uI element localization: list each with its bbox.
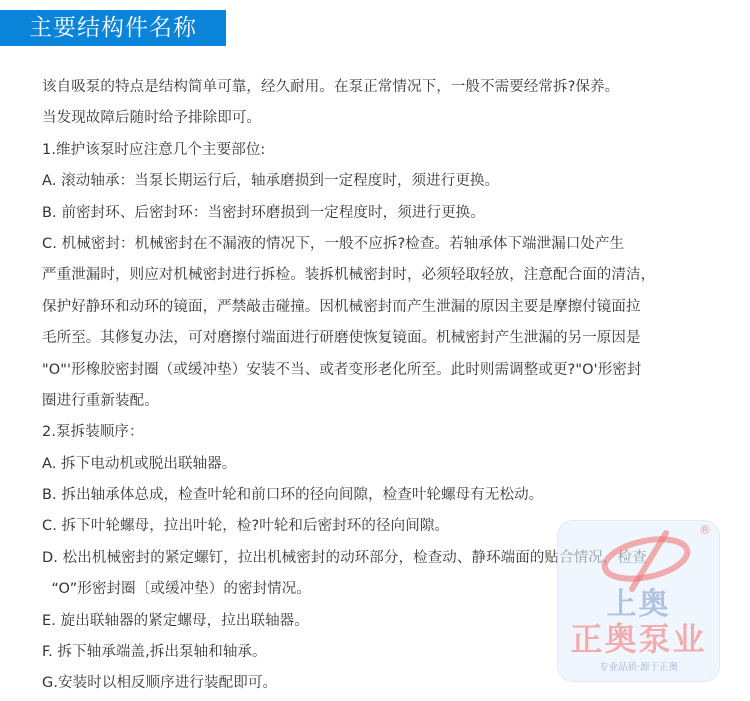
paragraph-line: 保护好静环和动环的镜面，严禁敲击碰撞。因机械密封而产生泄漏的原因主要是摩擦付镜面…	[42, 292, 722, 323]
list-item-step-g: G.安装时以相反顺序进行装配即可。	[42, 668, 722, 699]
paragraph-line: "O"'形橡胶密封圈（或缓冲垫）安装不当、或者变形老化所至。此时则需调整或更?"…	[42, 355, 722, 386]
list-item-step-e: E. 旋出联轴器的紧定螺母，拉出联轴器。	[42, 606, 722, 637]
section-heading-disassembly: 2.泵拆装顺序：	[42, 417, 722, 448]
list-item-step-f: F. 拆下轴承端盖,拆出泵轴和轴承。	[42, 637, 722, 668]
section-heading-maintenance: 1.维护该泵时应注意几个主要部位:	[42, 135, 722, 166]
list-item-step-c: C. 拆下叶轮螺母，拉出叶轮，检?叶轮和后密封环的径向间隙。	[42, 511, 722, 542]
paragraph-line: 严重泄漏时，则应对机械密封进行拆检。装拆机械密封时，必须轻取轻放，注意配合面的清…	[42, 260, 722, 291]
paragraph-line: 当发现故障后随时给予排除即可。	[42, 103, 722, 134]
section-title: 主要结构件名称	[29, 10, 197, 46]
paragraph-line: 毛所至。其修复办法，可对磨擦付端面进行研磨使恢复镜面。机械密封产生泄漏的另一原因…	[42, 323, 722, 354]
list-item-step-d: D. 松出机械密封的紧定螺钉，拉出机械密封的动环部分，检查动、静环端面的贴合情况…	[42, 543, 722, 574]
list-item-mechanical-seal: C. 机械密封：机械密封在不漏液的情况下，一般不应拆?检查。若轴承体下端泄漏口处…	[42, 229, 722, 260]
document-body: 该自吸泵的特点是结构简单可靠，经久耐用。在泵正常情况下，一般不需要经常拆?保养。…	[42, 72, 722, 700]
paragraph-line: 该自吸泵的特点是结构简单可靠，经久耐用。在泵正常情况下，一般不需要经常拆?保养。	[42, 72, 722, 103]
paragraph-line: 圈进行重新装配。	[42, 386, 722, 417]
section-header-bar: 主要结构件名称	[0, 10, 226, 46]
list-item-step-a: A. 拆下电动机或脱出联轴器。	[42, 449, 722, 480]
paragraph-line: “O”形密封圈〔或缓冲垫）的密封情况。	[42, 574, 722, 605]
list-item-step-b: B. 拆出轴承体总成，检查叶轮和前口环的径向间隙，检查叶轮螺母有无松动。	[42, 480, 722, 511]
list-item-seal-rings: B. 前密封环、后密封环：当密封环磨损到一定程度时，须进行更换。	[42, 198, 722, 229]
list-item-rolling-bearing: A. 滚动轴承：当泵长期运行后，轴承磨损到一定程度时，须进行更换。	[42, 166, 722, 197]
